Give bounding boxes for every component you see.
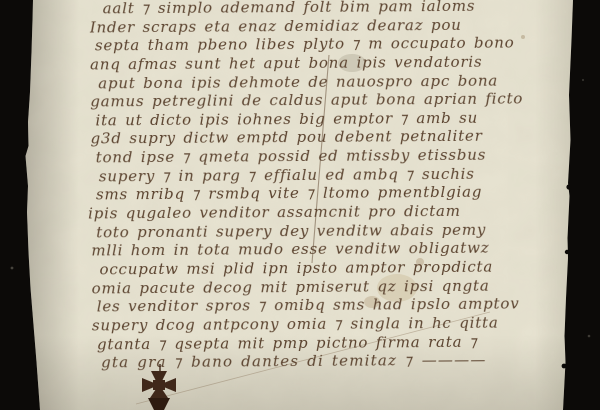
manuscript-photograph: aalt ⁊ simplo ademand folt bim pam ialom… bbox=[0, 0, 600, 410]
notarial-cross-icon bbox=[0, 0, 600, 410]
